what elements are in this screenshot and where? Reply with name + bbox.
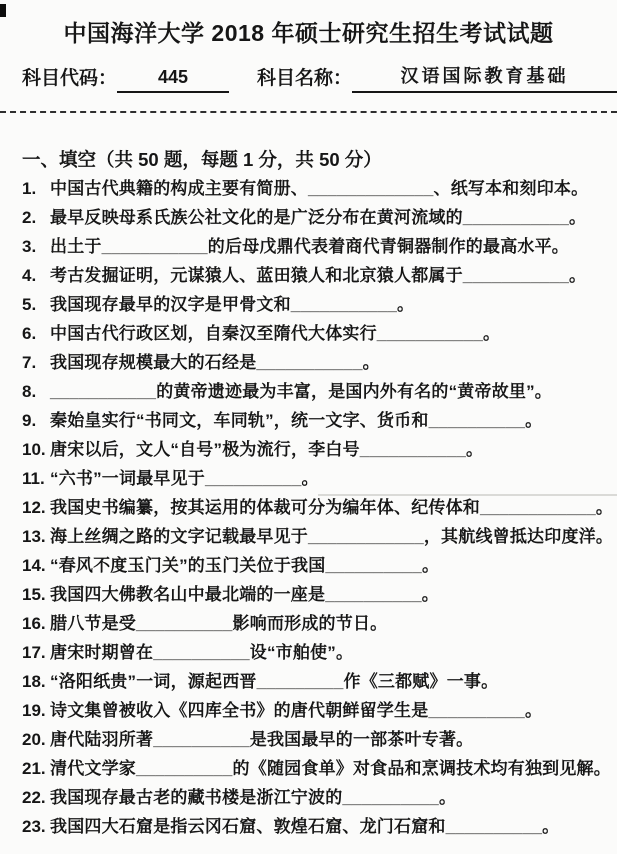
question-text: 我国史书编纂，按其运用的体裁可分为编年体、纪传体和____________。 (50, 493, 613, 522)
question-number: 5. (22, 290, 50, 319)
question-number: 4. (22, 261, 50, 290)
question-number: 20. (22, 725, 50, 754)
question-row: 19. 诗文集曾被收入《四库全书》的唐代朝鲜留学生是__________。 (0, 696, 617, 725)
question-number: 2. (22, 203, 50, 232)
question-text: 唐代陆羽所著__________是我国最早的一部茶叶专著。 (50, 725, 473, 754)
question-number: 18. (22, 667, 50, 696)
question-text: 海上丝绸之路的文字记载最早见于____________，其航线曾抵达印度洋。 (50, 522, 613, 551)
question-text: 清代文学家__________的《随园食单》对食品和烹调技术均有独到见解。 (50, 754, 611, 783)
question-row: 2. 最早反映母系氏族公社文化的是广泛分布在黄河流域的___________。 (0, 203, 617, 232)
section-heading: 一、填空（共 50 题，每题 1 分，共 50 分） (22, 146, 382, 172)
question-number: 21. (22, 754, 50, 783)
question-row: 21. 清代文学家__________的《随园食单》对食品和烹调技术均有独到见解… (0, 754, 617, 783)
question-row: 3. 出土于___________的后母戊鼎代表着商代青铜器制作的最高水平。 (0, 232, 617, 261)
question-row: 13. 海上丝绸之路的文字记载最早见于____________，其航线曾抵达印度… (0, 522, 617, 551)
question-row: 6. 中国古代行政区划，自秦汉至隋代大体实行___________。 (0, 319, 617, 348)
question-list: 1. 中国古代典籍的构成主要有简册、_____________、纸写本和刻印本。… (0, 174, 617, 841)
question-text: 我国四大佛教名山中最北端的一座是__________。 (50, 580, 439, 609)
question-number: 3. (22, 232, 50, 261)
question-text: 我国现存最早的汉字是甲骨文和___________。 (50, 290, 414, 319)
question-text: “春风不度玉门关”的玉门关位于我国__________。 (50, 551, 439, 580)
question-text: “六书”一词最早见于__________。 (50, 464, 319, 493)
question-row: 16. 腊八节是受__________影响而形成的节日。 (0, 609, 617, 638)
question-number: 8. (22, 377, 50, 406)
question-number: 23. (22, 812, 50, 841)
question-text: ___________的黄帝遗迹最为丰富，是国内外有名的“黄帝故里”。 (50, 377, 552, 406)
question-text: 秦始皇实行“书同文，车同轨”，统一文字、货币和__________。 (50, 406, 542, 435)
dashed-divider (0, 111, 617, 113)
question-row: 14. “春风不度玉门关”的玉门关位于我国__________。 (0, 551, 617, 580)
question-number: 6. (22, 319, 50, 348)
question-text: 我国四大石窟是指云冈石窟、敦煌石窟、龙门石窟和__________。 (50, 812, 559, 841)
subject-code-value: 445 (117, 67, 229, 93)
question-text: 中国古代行政区划，自秦汉至隋代大体实行___________。 (50, 319, 500, 348)
question-number: 7. (22, 348, 50, 377)
question-row: 7. 我国现存规模最大的石经是___________。 (0, 348, 617, 377)
question-text: 腊八节是受__________影响而形成的节日。 (50, 609, 387, 638)
page-title: 中国海洋大学 2018 年硕士研究生招生考试试题 (0, 15, 617, 48)
question-text: 中国古代典籍的构成主要有简册、_____________、纸写本和刻印本。 (50, 174, 588, 203)
question-row: 20. 唐代陆羽所著__________是我国最早的一部茶叶专著。 (0, 725, 617, 754)
question-text: 诗文集曾被收入《四库全书》的唐代朝鲜留学生是__________。 (50, 696, 542, 725)
question-number: 12. (22, 493, 50, 522)
question-number: 14. (22, 551, 50, 580)
question-number: 10. (22, 435, 50, 464)
question-number: 19. (22, 696, 50, 725)
question-row: 10. 唐宋以后，文人“自号”极为流行，李白号___________。 (0, 435, 617, 464)
question-text: 唐宋以后，文人“自号”极为流行，李白号___________。 (50, 435, 483, 464)
question-text: 唐宋时期曾在__________设“市舶使”。 (50, 638, 353, 667)
question-row: 15. 我国四大佛教名山中最北端的一座是__________。 (0, 580, 617, 609)
question-row: 8. ___________的黄帝遗迹最为丰富，是国内外有名的“黄帝故里”。 (0, 377, 617, 406)
question-number: 22. (22, 783, 50, 812)
question-number: 16. (22, 609, 50, 638)
question-text: “洛阳纸贵”一词，源起西晋_________作《三都赋》一事。 (50, 667, 498, 696)
question-text: 我国现存规模最大的石经是___________。 (50, 348, 380, 377)
question-row: 23. 我国四大石窟是指云冈石窟、敦煌石窟、龙门石窟和__________。 (0, 812, 617, 841)
subject-code-label: 科目代码： (22, 63, 117, 93)
question-number: 17. (22, 638, 50, 667)
question-text: 最早反映母系氏族公社文化的是广泛分布在黄河流域的___________。 (50, 203, 586, 232)
question-number: 13. (22, 522, 50, 551)
question-text: 出土于___________的后母戊鼎代表着商代青铜器制作的最高水平。 (50, 232, 569, 261)
question-row: 12. 我国史书编纂，按其运用的体裁可分为编年体、纪传体和___________… (0, 493, 617, 522)
subject-name-value: 汉语国际教育基础 (352, 62, 617, 93)
question-row: 9. 秦始皇实行“书同文，车同轨”，统一文字、货币和__________。 (0, 406, 617, 435)
question-row: 4. 考古发掘证明，元谋猿人、蓝田猿人和北京猿人都属于___________。 (0, 261, 617, 290)
question-number: 11. (22, 464, 50, 493)
subject-row: 科目代码： 445 科目名称： 汉语国际教育基础 (0, 62, 617, 93)
question-row: 5. 我国现存最早的汉字是甲骨文和___________。 (0, 290, 617, 319)
question-row: 18. “洛阳纸贵”一词，源起西晋_________作《三都赋》一事。 (0, 667, 617, 696)
question-text: 考古发掘证明，元谋猿人、蓝田猿人和北京猿人都属于___________。 (50, 261, 586, 290)
question-row: 1. 中国古代典籍的构成主要有简册、_____________、纸写本和刻印本。 (0, 174, 617, 203)
question-number: 9. (22, 406, 50, 435)
question-row: 17. 唐宋时期曾在__________设“市舶使”。 (0, 638, 617, 667)
question-row: 22. 我国现存最古老的藏书楼是浙江宁波的__________。 (0, 783, 617, 812)
question-row: 11. “六书”一词最早见于__________。 (0, 464, 617, 493)
question-text: 我国现存最古老的藏书楼是浙江宁波的__________。 (50, 783, 456, 812)
question-number: 15. (22, 580, 50, 609)
subject-name-label: 科目名称： (257, 63, 352, 93)
question-number: 1. (22, 174, 50, 203)
